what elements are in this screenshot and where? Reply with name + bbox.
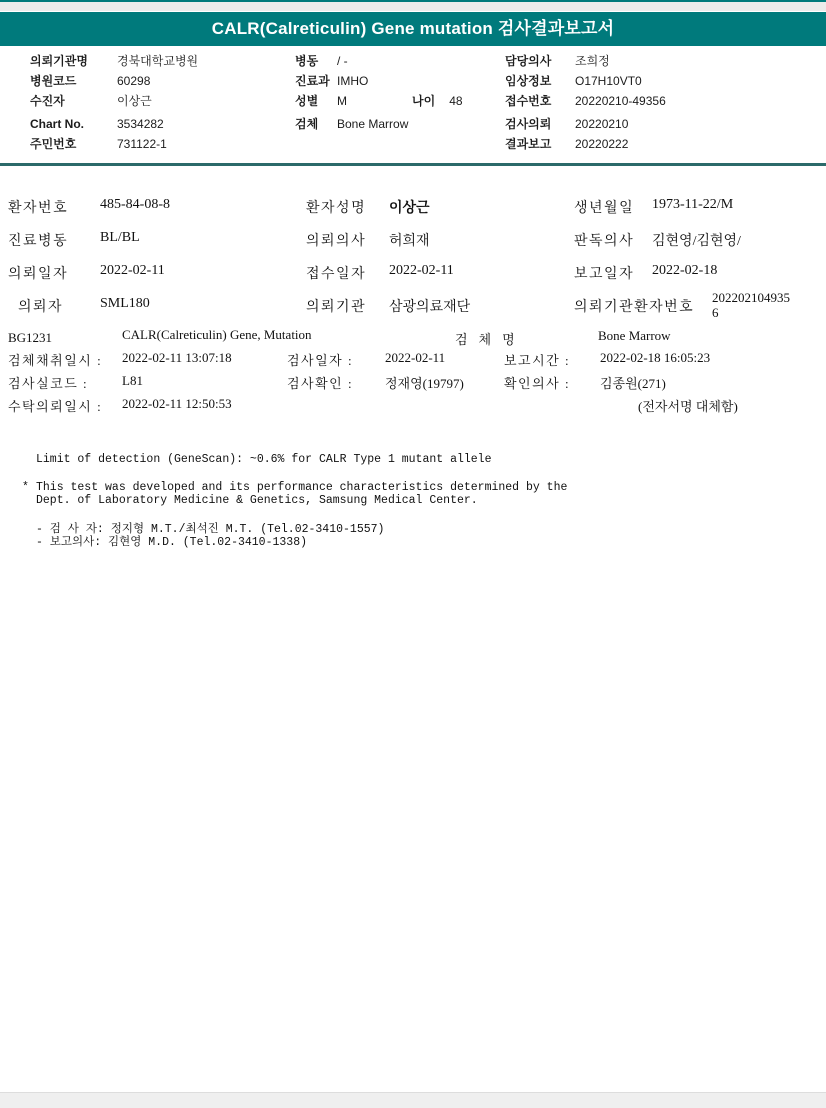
hospital-code-label: 병원코드 [30,71,117,91]
report-time-value: 2022-02-18 16:05:23 [600,350,710,366]
confirming-doctor-value: 김종원(271) [600,373,666,392]
requesting-institution-label: 의뢰기관 [306,296,366,316]
patient-number-label: 환자번호 [8,197,68,217]
institution-label: 의뢰기관명 [30,51,117,71]
ward-label: 병동 [295,51,337,71]
field-test-request-date: 검사의뢰20220210 [505,114,666,134]
test-request-date-value: 20220210 [575,117,628,131]
field-sex-age: 성별M나이48 [295,91,463,111]
header-info-right-column: 담당의사조희정 임상정보O17H10VT0 접수번호20220210-49356… [505,51,666,154]
header-info-middle-column: 병동/ - 진료과IMHO 성별M나이48 검체Bone Marrow [295,51,463,134]
institution-value: 경북대학교병원 [117,54,198,68]
test-code: BG1231 [8,330,52,346]
confirming-doctor-label: 확인의사 : [504,373,570,392]
field-examinee: 수진자이상근 [30,91,198,111]
field-result-report-date: 결과보고20220222 [505,134,666,154]
reading-doctor-value: 김현영/김현영/ [652,230,741,250]
receipt-date-label: 접수일자 [306,263,366,283]
lab-code-value: L81 [122,373,143,389]
requesting-doctor-label: 의뢰의사 [306,230,366,250]
test-date-value: 2022-02-11 [385,350,445,366]
field-hospital-code: 병원코드60298 [30,71,198,91]
specimen-name-value: Bone Marrow [598,328,671,344]
patient-number-value: 485-84-08-8 [100,197,170,213]
examinee-label: 수진자 [30,91,117,111]
test-verifier-label: 검사확인 : [287,373,353,392]
notes-section: Limit of detection (GeneScan): ~0.6% for… [0,446,826,576]
electronic-signature-note: (전자서명 대체함) [638,396,738,415]
result-report-date-label: 결과보고 [505,134,575,154]
test-date-label: 검사일자 : [287,350,353,369]
field-doctor-in-charge: 담당의사조희정 [505,51,666,71]
report-page: CALR(Calreticulin) Gene mutation 검사결과보고서… [0,0,826,1108]
care-ward-label: 진료병동 [8,230,68,250]
requester-label: 의뢰자 [18,296,63,316]
referral-datetime-label: 수탁의뢰일시 : [8,396,102,415]
receipt-date-value: 2022-02-11 [389,263,454,279]
specimen-name-label: 검 체 명 [455,329,516,348]
age-label: 나이 [412,91,435,111]
request-date-value: 2022-02-11 [100,263,165,279]
department-value: IMHO [337,74,368,88]
birth-date-value: 1973-11-22/M [652,197,733,213]
request-date-label: 의뢰일자 [8,263,68,283]
asterisk-marker: * [22,481,29,494]
report-date-label: 보고일자 [574,263,634,283]
birth-date-label: 생년월일 [574,197,634,217]
collection-datetime-label: 검체채취일시 : [8,350,102,369]
field-specimen-top: 검체Bone Marrow [295,114,463,134]
requester-value: SML180 [100,296,150,312]
lab-code-label: 검사실코드 : [8,373,88,392]
sex-label: 성별 [295,91,337,111]
examinee-value: 이상근 [117,94,152,108]
field-institution: 의뢰기관명경북대학교병원 [30,51,198,71]
reporter-contact-line: - 보고의사: 김현영 M.D. (Tel.02-3410-1338) [36,533,307,549]
age-value: 48 [449,94,462,108]
report-time-label: 보고시간 : [504,350,570,369]
report-title-bar: CALR(Calreticulin) Gene mutation 검사결과보고서 [0,12,826,46]
field-department: 진료과IMHO [295,71,463,91]
clinical-info-label: 임상정보 [505,71,575,91]
resident-no-label: 주민번호 [30,134,117,154]
header-info-left-column: 의뢰기관명경북대학교병원 병원코드60298 수진자이상근 Chart No.3… [30,51,198,154]
accession-no-label: 접수번호 [505,91,575,111]
chart-no-value: 3534282 [117,117,164,131]
hospital-code-value: 60298 [117,74,150,88]
doctor-in-charge-value: 조희정 [575,54,610,68]
page-gap-bottom [0,1092,826,1108]
report-date-value: 2022-02-18 [652,263,717,279]
resident-no-value: 731122-1 [117,137,167,151]
collection-datetime-value: 2022-02-11 13:07:18 [122,350,232,366]
field-resident-no: 주민번호731122-1 [30,134,198,154]
institution-patient-no-label: 의뢰기관환자번호 [574,296,694,316]
test-request-date-label: 검사의뢰 [505,114,575,134]
specimen-top-value: Bone Marrow [337,117,408,131]
disclaimer-line1: This test was developed and its performa… [36,481,567,494]
referral-datetime-value: 2022-02-11 12:50:53 [122,396,232,412]
requesting-doctor-value: 허희재 [389,230,430,250]
chart-no-label: Chart No. [30,114,117,134]
specimen-top-label: 검체 [295,114,337,134]
care-ward-value: BL/BL [100,230,140,246]
accession-no-value: 20220210-49356 [575,94,666,108]
field-ward: 병동/ - [295,51,463,71]
field-accession-no: 접수번호20220210-49356 [505,91,666,111]
institution-patient-no-value: 2022021049356 [712,290,793,320]
page-title: CALR(Calreticulin) Gene mutation 검사결과보고서 [212,19,615,38]
clinical-info-value: O17H10VT0 [575,74,642,88]
field-chart-no: Chart No.3534282 [30,114,198,134]
test-verifier-value: 정재영(19797) [385,373,464,392]
patient-name-label: 환자성명 [306,197,366,217]
sex-value: M [337,91,412,111]
page-gap-top [0,2,826,12]
result-report-date-value: 20220222 [575,137,628,151]
limit-of-detection-note: Limit of detection (GeneScan): ~0.6% for… [36,453,491,466]
requesting-institution-value: 삼광의료재단 [389,296,470,316]
test-name: CALR(Calreticulin) Gene, Mutation [122,327,312,343]
ward-value: / - [337,54,348,68]
doctor-in-charge-label: 담당의사 [505,51,575,71]
field-clinical-info: 임상정보O17H10VT0 [505,71,666,91]
department-label: 진료과 [295,71,337,91]
patient-name-value: 이상근 [389,197,430,217]
patient-info-section: 환자번호 485-84-08-8 환자성명 이상근 생년월일 1973-11-2… [0,166,826,446]
reading-doctor-label: 판독의사 [574,230,634,250]
disclaimer-line2: Dept. of Laboratory Medicine & Genetics,… [36,494,478,507]
